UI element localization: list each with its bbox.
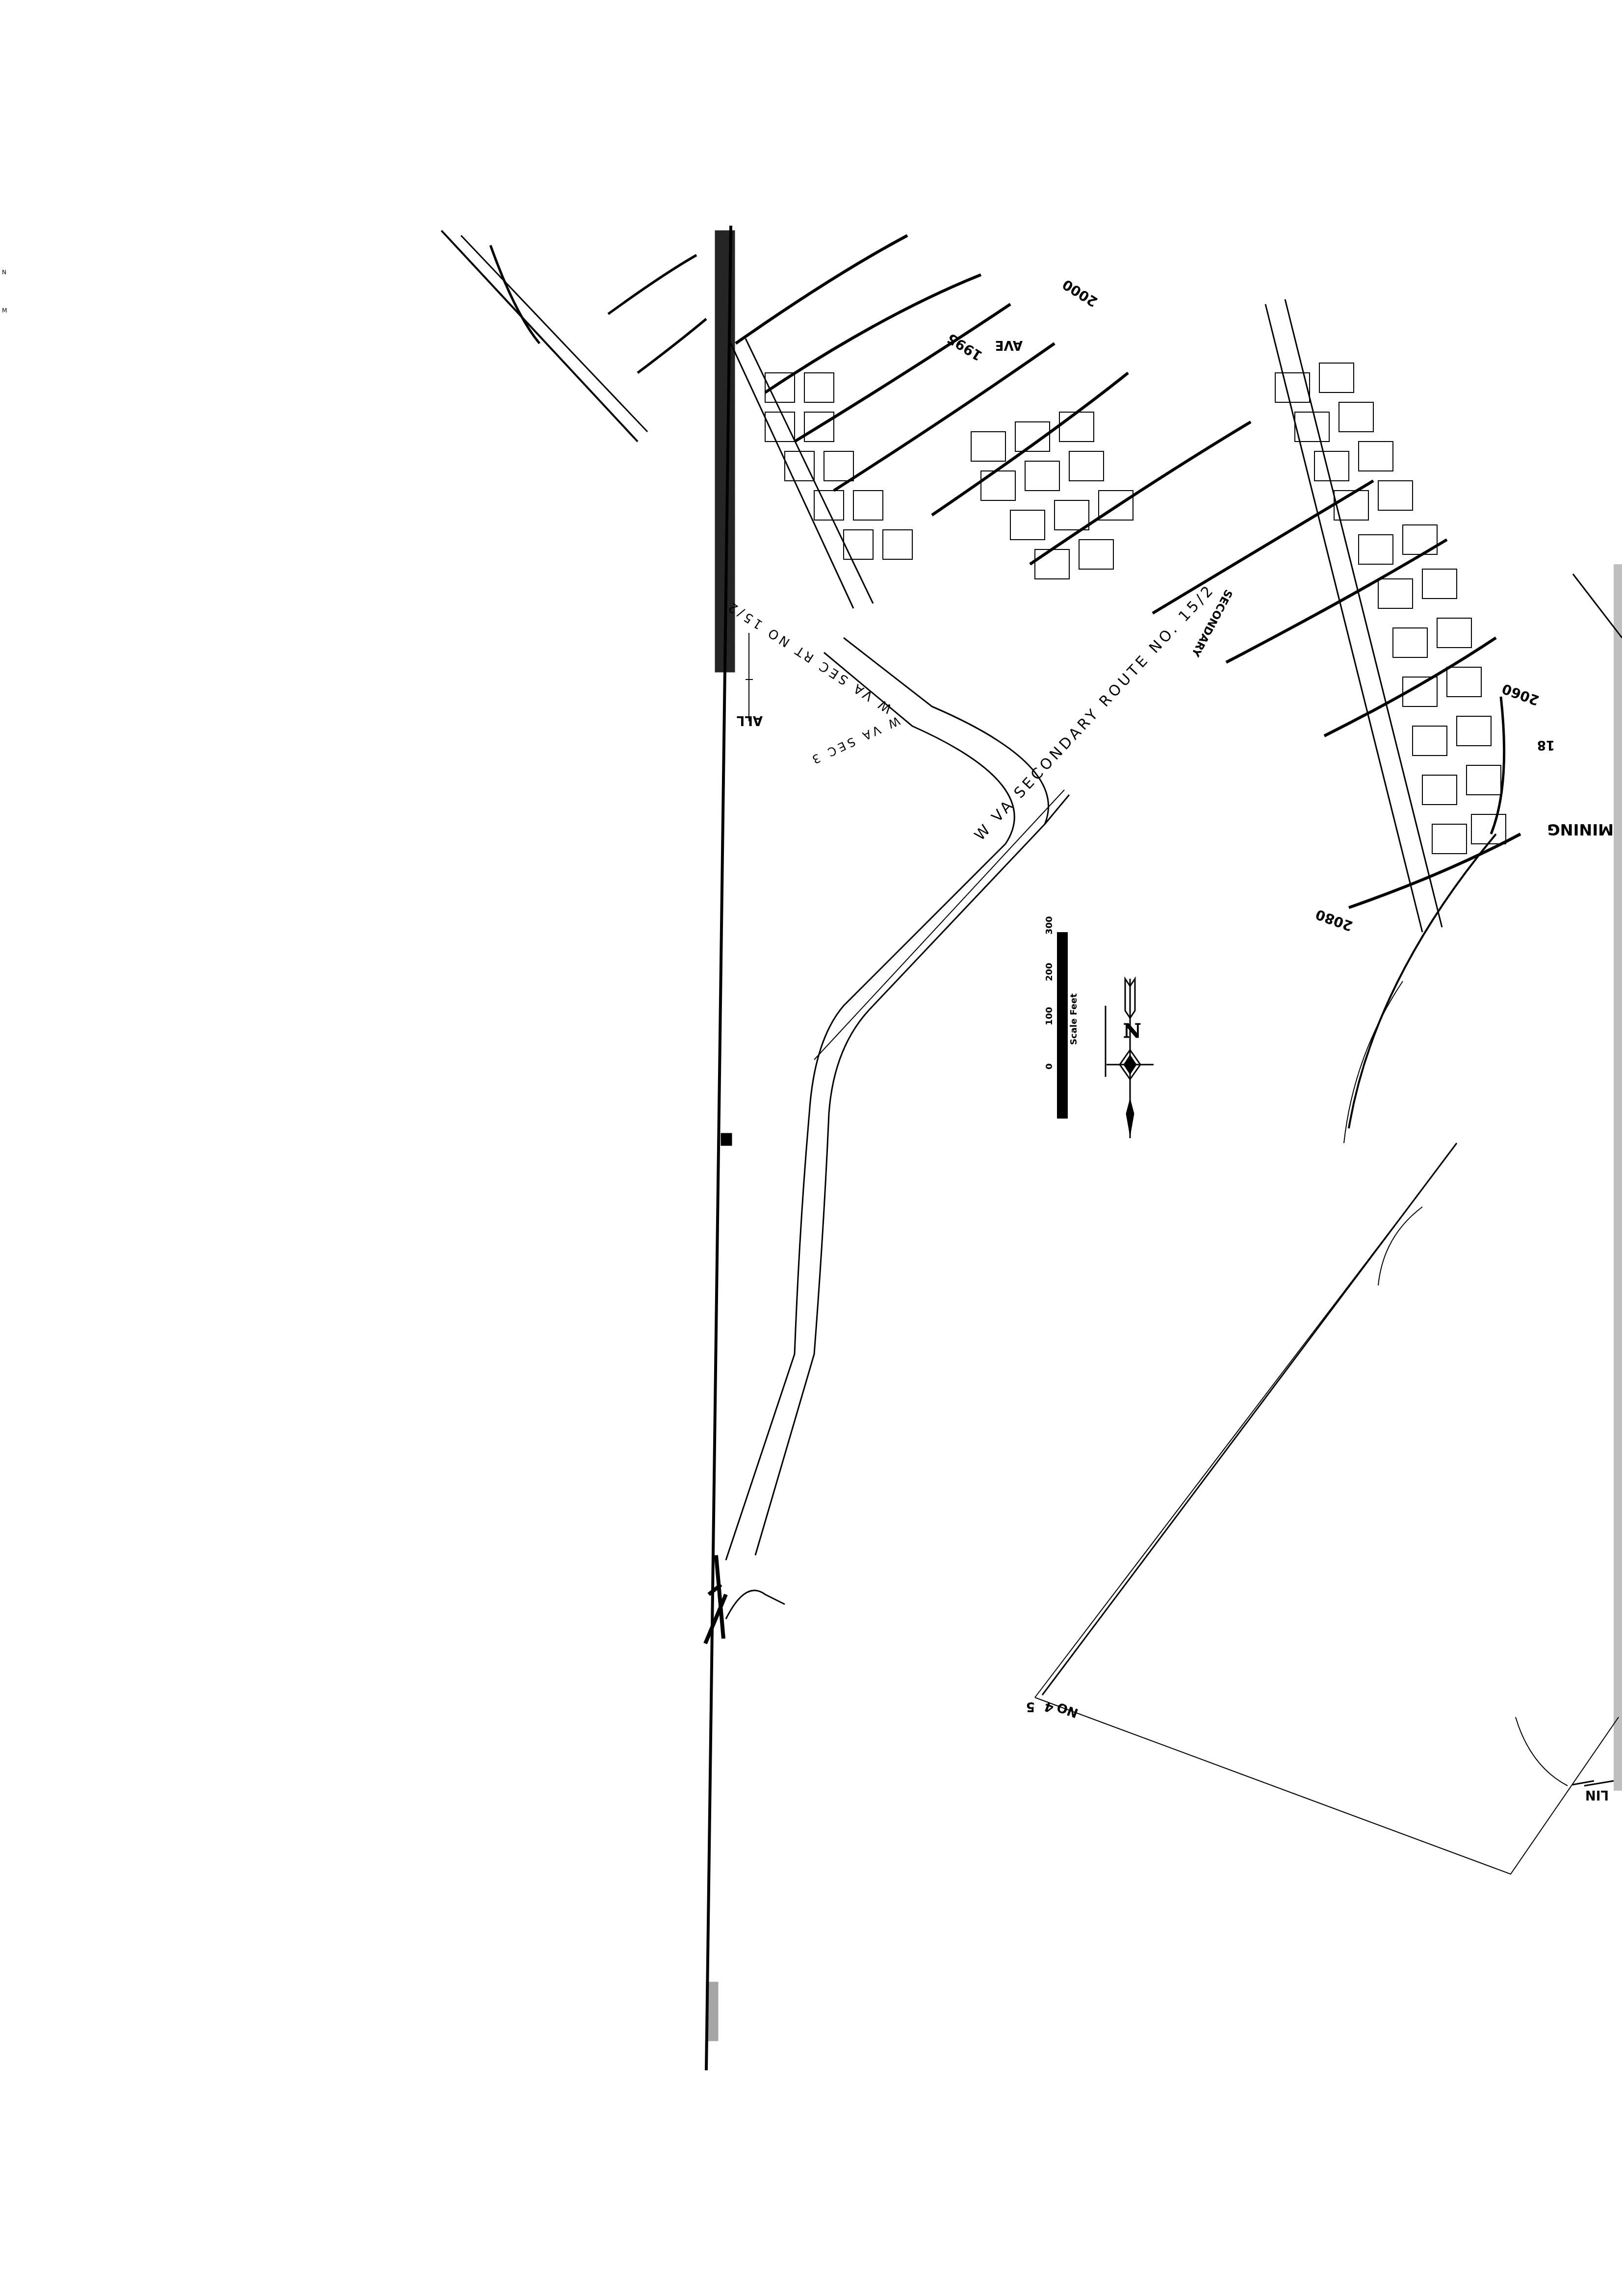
town-grid [441,231,1622,1128]
scan-edge [1614,564,1622,1791]
secondary-route-road [726,638,1069,1560]
place-label-edge: LIN [1585,1787,1609,1802]
north-arrow-icon: N [1106,979,1154,1138]
scale-tick-100: 100 [1044,1007,1055,1025]
north-label: N [1123,1019,1141,1043]
scale-title: Scale Feet [1069,993,1079,1045]
road-label-sec-branch: W VA SEC 3 [807,714,902,768]
contour-label-2000: 2000 [1059,276,1101,310]
property-tract [1035,981,1619,1874]
scale-tick-300: 300 [1044,916,1055,935]
contour-label-2080: 2080 [1313,906,1355,935]
street-label-ave: AVE [995,338,1023,352]
road-label-secondary-route: W VA SECONDARY ROUTE NO. 15/2 [971,581,1218,844]
railroad-line [705,226,785,2070]
lot-label-5: 5 [1026,1699,1035,1714]
scale-bar: 300 200 100 0 Scale Feet [1044,916,1079,1119]
lot-label-18: 18 [1537,737,1555,752]
street-label-all: ALL [737,713,763,728]
lot-label-no: NO [1055,1699,1080,1720]
contour-label-2060: 2060 [1500,680,1542,709]
place-label-mining: MINING [1547,820,1614,839]
scanned-map: 300 200 100 0 Scale Feet N W VA SECONDAR… [0,0,1622,2296]
scale-tick-0: 0 [1044,1063,1055,1070]
scale-tick-200: 200 [1044,963,1055,981]
